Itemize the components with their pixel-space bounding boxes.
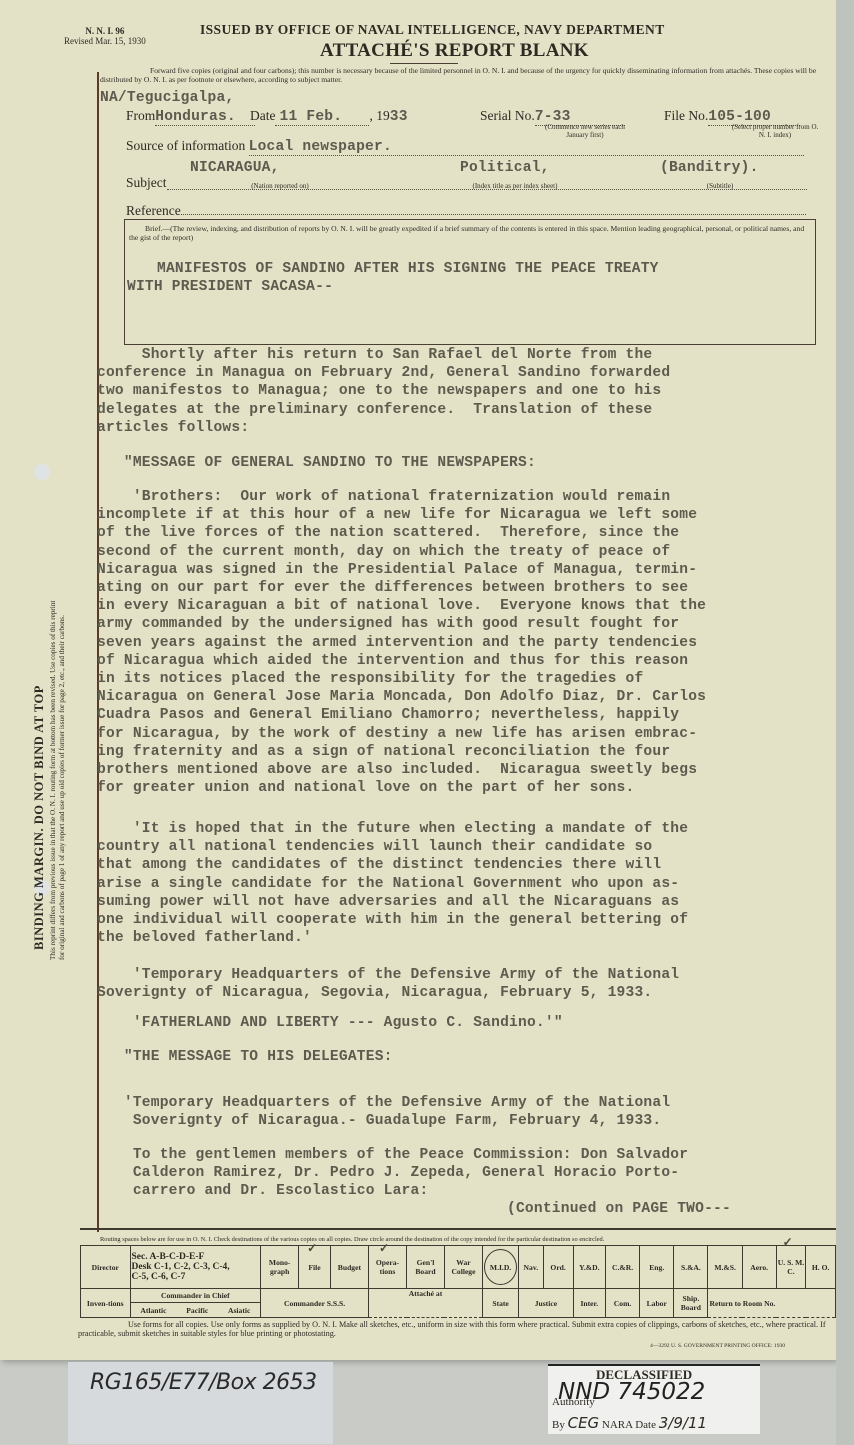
revised-date: Revised Mar. 15, 1930 bbox=[64, 36, 146, 46]
by-value: CEG bbox=[568, 1414, 600, 1432]
source-value: Local newspaper. bbox=[249, 139, 392, 155]
binding-note-line2: for original and carbons of page 1 of an… bbox=[58, 601, 67, 960]
archive-label: RG165/E77/Box 2653 bbox=[68, 1362, 333, 1444]
route-monograph: Mono-graph bbox=[261, 1246, 299, 1289]
scan-background-strip bbox=[836, 0, 854, 1445]
route-nav: Nav. bbox=[519, 1246, 543, 1289]
reference-label: Reference bbox=[126, 203, 181, 218]
check-mark-icon: ✓ bbox=[379, 1244, 389, 1253]
reference-field: Reference bbox=[126, 203, 806, 219]
file-note: (Select proper number from O. N. I. inde… bbox=[730, 124, 820, 139]
serial-label: Serial No. bbox=[480, 108, 535, 123]
declassified-date: 3/9/11 bbox=[659, 1414, 707, 1432]
brief-summary-line1: MANIFESTOS OF SANDINO AFTER HIS SIGNING … bbox=[157, 260, 797, 278]
gpo-imprint: 4—3292 U. S. GOVERNMENT PRINTING OFFICE:… bbox=[650, 1343, 785, 1349]
form-number-text: N. N. I. 96 bbox=[64, 26, 146, 36]
route-file-label: File bbox=[308, 1263, 320, 1272]
year-value: 33 bbox=[390, 109, 408, 125]
route-commander-in-chief: Commander in Chief bbox=[130, 1289, 261, 1303]
paragraph-commission: To the gentlemen members of the Peace Co… bbox=[97, 1146, 817, 1201]
route-genl-board: Gen'l Board bbox=[407, 1246, 445, 1289]
subject-label: Subject bbox=[126, 175, 167, 190]
signature-line: 'FATHERLAND AND LIBERTY --- Agusto C. Sa… bbox=[97, 1014, 817, 1032]
brief-summary-line2: WITH PRESIDENT SACASA-- bbox=[127, 278, 797, 296]
route-inter: Inter. bbox=[573, 1289, 605, 1318]
heading-delegates: "THE MESSAGE TO HIS DELEGATES: bbox=[97, 1048, 817, 1066]
route-labor: Labor bbox=[640, 1289, 674, 1318]
report-page: N. N. I. 96 Revised Mar. 15, 1930 ISSUED… bbox=[0, 0, 836, 1360]
declassified-stamp: DECLASSIFIED NND 745022 Authority By CEG… bbox=[548, 1364, 760, 1434]
route-usmc-label: U. S. M. C. bbox=[778, 1258, 804, 1276]
routing-rule bbox=[80, 1228, 836, 1230]
archive-label-text: RG165/E77/Box 2653 bbox=[90, 1370, 317, 1395]
from-label: From bbox=[126, 108, 155, 123]
binding-note: This reprint differs from previous issue… bbox=[49, 601, 66, 960]
route-state: State bbox=[483, 1289, 519, 1318]
route-fleet-cells: Atlantic Pacific Asiatic bbox=[131, 1306, 261, 1315]
paragraph-headquarters-2: 'Temporary Headquarters of the Defensive… bbox=[97, 1094, 817, 1130]
date-value: 11 Feb. bbox=[279, 109, 342, 125]
punch-hole-top bbox=[34, 464, 50, 480]
paragraph-hoped: 'It is hoped that in the future when ele… bbox=[97, 820, 817, 947]
routing-table: Director Sec. A-B-C-D-E-F Desk C-1, C-2,… bbox=[80, 1245, 836, 1318]
source-field: Source of information Local newspaper. bbox=[126, 138, 804, 156]
route-budget: Budget bbox=[330, 1246, 368, 1289]
route-cr: C.&R. bbox=[605, 1246, 639, 1289]
route-director: Director bbox=[81, 1246, 131, 1289]
index-note: (Index title as per index sheet) bbox=[440, 183, 590, 191]
route-ord: Ord. bbox=[543, 1246, 573, 1289]
date-label: Date bbox=[250, 108, 275, 123]
route-ho: H. O. bbox=[806, 1246, 836, 1289]
route-usmc: ✓U. S. M. C. bbox=[776, 1246, 806, 1289]
route-operations: ✓Opera-tions bbox=[368, 1246, 406, 1289]
route-file: ✓File bbox=[299, 1246, 331, 1289]
brief-label: Brief.—(The review, indexing, and distri… bbox=[125, 220, 815, 242]
route-justice: Justice bbox=[519, 1289, 574, 1318]
paragraph-brothers: 'Brothers: Our work of national fraterni… bbox=[97, 488, 817, 797]
route-ship-board: Ship. Board bbox=[674, 1289, 708, 1318]
paragraph-headquarters-1: 'Temporary Headquarters of the Defensive… bbox=[97, 966, 817, 1002]
form-title: ATTACHÉ'S REPORT BLANK bbox=[320, 40, 589, 62]
route-eng: Eng. bbox=[640, 1246, 674, 1289]
route-asiatic: Asiatic bbox=[228, 1306, 250, 1315]
route-yd: Y.&D. bbox=[573, 1246, 605, 1289]
from-prefix: NA/Tegucigalpa, bbox=[100, 90, 234, 106]
route-aero: Aero. bbox=[742, 1246, 776, 1289]
subject-subtitle: (Banditry). bbox=[660, 160, 759, 176]
continued-note: (Continued on PAGE TWO--- bbox=[507, 1200, 817, 1218]
declassified-by-line: By CEG NARA Date 3/9/11 bbox=[552, 1414, 707, 1432]
route-pacific: Pacific bbox=[186, 1306, 208, 1315]
from-value: Honduras. bbox=[155, 109, 236, 125]
route-fleets: Atlantic Pacific Asiatic bbox=[130, 1303, 261, 1318]
route-operations-label: Opera-tions bbox=[376, 1258, 399, 1276]
route-commander-sss: Commander S.S.S. bbox=[261, 1289, 369, 1318]
nara-date-label: NARA Date bbox=[602, 1419, 656, 1431]
nation-note: (Nation reported on) bbox=[220, 183, 340, 191]
form-number: N. N. I. 96 Revised Mar. 15, 1930 bbox=[64, 26, 146, 46]
authority-label: Authority bbox=[552, 1396, 595, 1408]
by-label: By bbox=[552, 1419, 565, 1431]
route-ms: M.&S. bbox=[708, 1246, 742, 1289]
subtitle-note: (Subtitle) bbox=[690, 183, 750, 191]
route-inventions: Inven-tions bbox=[81, 1289, 131, 1318]
intro-paragraph: Shortly after his return to San Rafael d… bbox=[97, 346, 817, 437]
route-sec-desk: Sec. A-B-C-D-E-F Desk C-1, C-2, C-3, C-4… bbox=[130, 1246, 261, 1289]
route-sa: S.&A. bbox=[674, 1246, 708, 1289]
brief-box: Brief.—(The review, indexing, and distri… bbox=[124, 219, 816, 345]
subject-index: Political, bbox=[460, 160, 550, 176]
route-atlantic: Atlantic bbox=[140, 1306, 166, 1315]
footnote: Use forms for all copies. Use only forms… bbox=[78, 1320, 838, 1338]
file-label: File No. bbox=[664, 108, 708, 123]
issuer-line: ISSUED BY OFFICE OF NAVAL INTELLIGENCE, … bbox=[200, 22, 665, 38]
check-mark-icon: ✓ bbox=[307, 1244, 317, 1253]
serial-note: (Commence new series each January first) bbox=[540, 124, 630, 139]
brief-summary: MANIFESTOS OF SANDINO AFTER HIS SIGNING … bbox=[157, 260, 797, 296]
route-return-to: Return to Room No. bbox=[708, 1289, 836, 1318]
title-rule bbox=[390, 63, 458, 64]
from-field: FromHonduras. bbox=[126, 108, 255, 126]
check-mark-icon: ✓ bbox=[783, 1238, 793, 1247]
route-attache-at: Attaché at bbox=[368, 1289, 482, 1318]
binding-note-line1: This reprint differs from previous issue… bbox=[49, 601, 58, 960]
route-mid-circled: M.I.D. bbox=[483, 1246, 519, 1289]
binding-margin: BINDING MARGIN. DO NOT BIND AT TOP This … bbox=[32, 601, 66, 960]
date-field: Date11 Feb., 1933 bbox=[250, 108, 408, 126]
routing-note: Routing spaces below are for use in O. N… bbox=[100, 1236, 820, 1243]
heading-newspapers: "MESSAGE OF GENERAL SANDINO TO THE NEWSP… bbox=[97, 454, 817, 472]
subject-nation: NICARAGUA, bbox=[190, 160, 280, 176]
forward-instructions: Forward five copies (original and four c… bbox=[100, 66, 820, 84]
year-prefix: , 19 bbox=[369, 108, 389, 123]
route-war-college: War College bbox=[444, 1246, 482, 1289]
source-label: Source of information bbox=[126, 138, 245, 153]
route-com: Com. bbox=[605, 1289, 639, 1318]
binding-title: BINDING MARGIN. DO NOT BIND AT TOP bbox=[32, 601, 47, 950]
